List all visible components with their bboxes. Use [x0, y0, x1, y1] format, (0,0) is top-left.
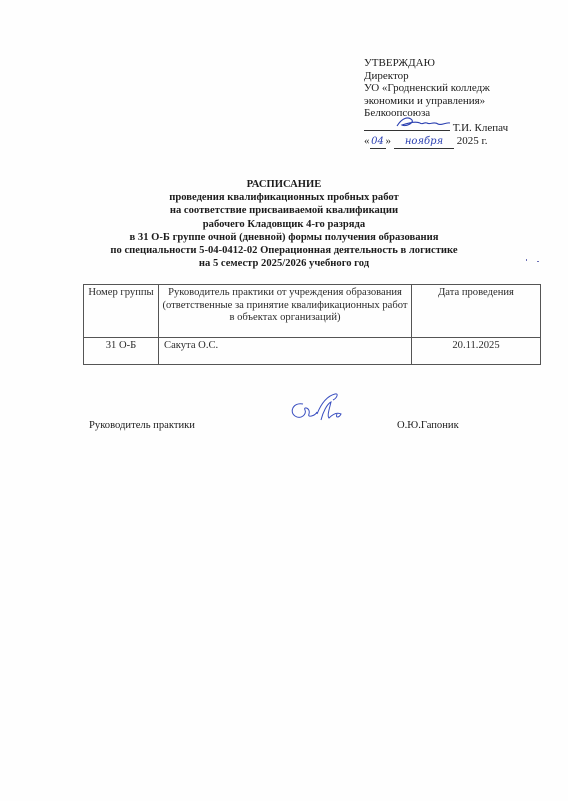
approval-date-month: ноября: [394, 136, 454, 150]
approval-signer-name: Т.И. Клепач: [453, 122, 508, 134]
table-header-row: Номер группы Руководитель практики от уч…: [84, 285, 541, 338]
scan-speck: [526, 259, 527, 261]
header-group-number: Номер группы: [84, 285, 159, 338]
approval-org-line-2: экономики и управления»: [364, 95, 564, 108]
approval-date-year: 2025 г.: [457, 135, 488, 147]
title-line: проведения квалификационных пробных рабо…: [60, 191, 508, 204]
cell-group: 31 О-Б: [84, 338, 159, 365]
footer-name: О.Ю.Гапоник: [397, 420, 459, 431]
approval-block: УТВЕРЖДАЮ Директор УО «Гродненский колле…: [364, 57, 564, 149]
approval-heading: УТВЕРЖДАЮ: [364, 57, 564, 70]
approval-position: Директор: [364, 70, 564, 83]
signature-blank: [364, 120, 450, 131]
title-line: в 31 О-Б группе очной (дневной) формы по…: [60, 231, 508, 244]
table-row: 31 О-Б Сакута О.С. 20.11.2025: [84, 338, 541, 365]
quote-close: »: [386, 135, 392, 147]
footer-role: Руководитель практики: [89, 420, 195, 431]
document-page: УТВЕРЖДАЮ Директор УО «Гродненский колле…: [0, 0, 568, 801]
scan-speck: [537, 261, 539, 262]
approval-date-line: «04»ноября 2025 г.: [364, 135, 564, 150]
document-title-block: РАСПИСАНИЕ проведения квалификационных п…: [60, 178, 508, 270]
schedule-table: Номер группы Руководитель практики от уч…: [83, 284, 541, 365]
header-supervisor: Руководитель практики от учреждения обра…: [159, 285, 412, 338]
title-line: по специальности 5-04-0412-02 Операционн…: [60, 244, 508, 257]
document-title: РАСПИСАНИЕ: [60, 178, 508, 191]
title-line: на соответствие присваиваемой квалификац…: [60, 204, 508, 217]
approval-date-day: 04: [370, 136, 386, 150]
approval-org-line-1: УО «Гродненский колледж: [364, 82, 564, 95]
cell-date: 20.11.2025: [412, 338, 541, 365]
director-signature-icon: [394, 114, 454, 130]
header-date: Дата проведения: [412, 285, 541, 338]
supervisor-signature-icon: [287, 390, 355, 430]
title-line: на 5 семестр 2025/2026 учебного год: [60, 257, 508, 270]
approval-signature-line: Т.И. Клепач: [364, 120, 564, 135]
cell-supervisor: Сакута О.С.: [159, 338, 412, 365]
title-line: рабочего Кладовщик 4-го разряда: [60, 218, 508, 231]
